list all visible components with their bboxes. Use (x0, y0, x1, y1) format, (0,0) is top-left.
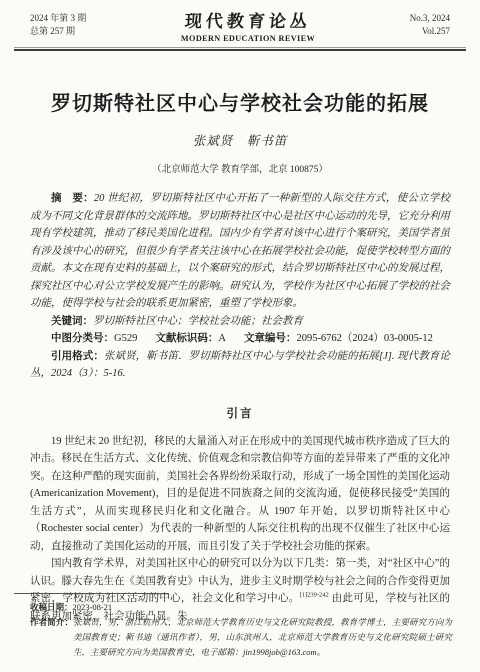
keywords-text: 罗切斯特社区中心；学校社会功能；社会教育 (93, 316, 303, 327)
body-paragraph-1: 19 世纪末 20 世纪初，移民的大量涌入对正在形成中的美国现代城市秩序造成了巨… (30, 433, 450, 556)
keywords-label: 关键词： (51, 316, 93, 327)
clc-code: G529 (114, 333, 137, 344)
clc-label: 中图分类号： (51, 333, 114, 344)
issue-total-number: 总第 257 期 (30, 25, 86, 39)
journal-header: 2024 年第 3 期 总第 257 期 现代教育论丛 MODERN EDUCA… (0, 0, 480, 43)
journal-masthead: 现代教育论丛 MODERN EDUCATION REVIEW (181, 7, 315, 43)
citation-line: 引用格式：张斌贤，靳书笛．罗切斯特社区中心与学校社会功能的拓展[J]. 现代教育… (30, 348, 450, 383)
issue-info-right: No.3, 2024 Vol.257 (410, 12, 450, 39)
journal-title-cn: 现代教育论丛 (180, 7, 316, 32)
author-bio-line: 作者简介：张斌贤，男，浙江杭州人，北京师范大学教育历史与文化研究院教授，教育学博… (30, 615, 452, 660)
abstract-label: 摘 要： (51, 193, 94, 204)
author-bio-text: 张斌贤，男，浙江杭州人，北京师范大学教育历史与文化研究院教授，教育学博士，主要研… (73, 617, 452, 657)
citation-label: 引用格式： (51, 351, 104, 362)
received-date-line: 收稿日期：2023-08-21 (30, 600, 452, 615)
received-date-label: 收稿日期： (30, 602, 73, 612)
author-byline: 张斌贤 靳书笛 (0, 131, 480, 149)
doc-code: A (218, 333, 226, 344)
article-title: 罗切斯特社区中心与学校社会功能的拓展 (30, 87, 450, 116)
author-bio-label: 作者简介： (30, 617, 73, 627)
issue-no-en: No.3, 2024 (410, 12, 450, 26)
issue-info-left: 2024 年第 3 期 总第 257 期 (30, 12, 86, 39)
volume-no-en: Vol.257 (410, 25, 450, 39)
journal-title-en: MODERN EDUCATION REVIEW (181, 34, 315, 43)
abstract-paragraph: 摘 要：20 世纪初，罗切斯特社区中心开拓了一种新型的人际交往方式，使公立学校成… (30, 190, 450, 313)
article-no-label: 文章编号： (244, 333, 297, 344)
classification-line: 中图分类号：G529文献标识码：A文章编号：2095-6762（2024）03-… (30, 330, 450, 348)
doc-code-label: 文献标识码： (155, 333, 218, 344)
footnote-block: 收稿日期：2023-08-21 作者简介：张斌贤，男，浙江杭州人，北京师范大学教… (30, 593, 452, 660)
header-divider-rule (14, 47, 466, 51)
issue-year-number: 2024 年第 3 期 (30, 12, 86, 26)
abstract-block: 摘 要：20 世纪初，罗切斯特社区中心开拓了一种新型的人际交往方式，使公立学校成… (30, 190, 450, 383)
section-heading-introduction: 引言 (0, 405, 480, 421)
received-date: 2023-08-21 (73, 602, 113, 612)
journal-page: { "header": { "left_line1": "2024 年第 3 期… (0, 0, 480, 672)
keywords-line: 关键词：罗切斯特社区中心；学校社会功能；社会教育 (30, 313, 450, 331)
footnote-divider-rule (14, 593, 169, 594)
article-no: 2095-6762（2024）03-0005-12 (296, 333, 433, 344)
abstract-text: 20 世纪初，罗切斯特社区中心开拓了一种新型的人际交往方式，使公立学校成为不同文… (30, 193, 450, 309)
author-affiliation: （北京师范大学 教育学部，北京 100875） (0, 161, 480, 175)
